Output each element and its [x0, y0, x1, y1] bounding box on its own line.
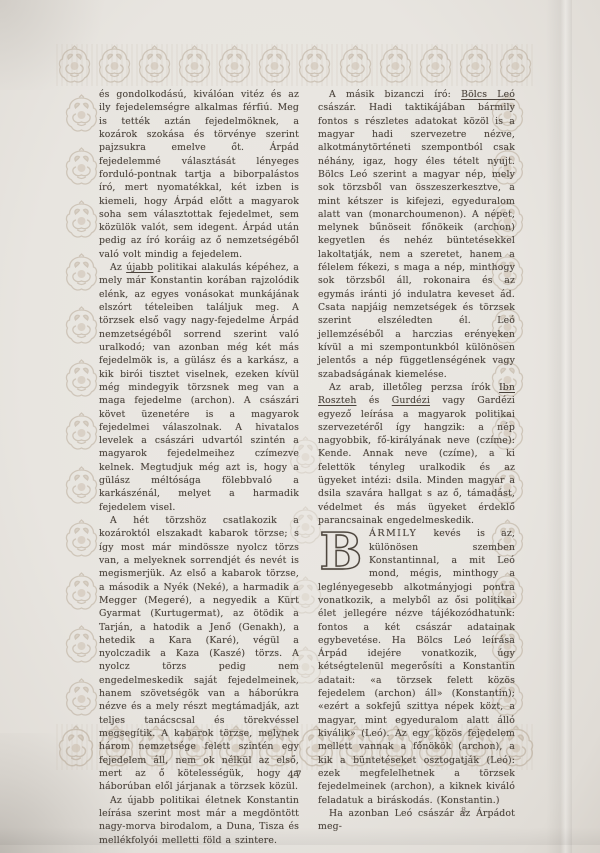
lead-word-caps: ÁRMILY [369, 528, 417, 539]
underlined-name: Bölcs Leó [461, 89, 515, 100]
text-run: A hét törzshöz csatlakozik a kozároktól … [99, 515, 299, 792]
ornament-motif [216, 45, 253, 85]
ornament-motif [256, 45, 293, 85]
ornament-motif [497, 45, 534, 85]
text-run: császár. Hadi taktikájában bármily fonto… [318, 102, 515, 379]
ornament-motif [63, 306, 100, 346]
text-run: Az arab, illetőleg perzsa írók [329, 382, 499, 393]
ornament-border-top [56, 44, 534, 86]
paragraph: Az arab, illetőleg perzsa írók Ibn Roszt… [318, 381, 515, 527]
drop-cap-initial: B [318, 529, 364, 576]
paragraph: Az újabb politikai alakulás képéhez, a m… [99, 261, 299, 514]
text-run: és [356, 395, 391, 406]
ornament-motif [63, 519, 100, 559]
ornament-motif [63, 572, 100, 612]
scanned-book-page: { "page": { "number": "47", "signature_m… [0, 0, 600, 853]
ornament-motif [63, 200, 100, 240]
ornament-motif [176, 45, 213, 85]
underlined-name: Gurdézi [392, 395, 430, 406]
ornament-motif [417, 45, 454, 85]
text-run: politikai alakulás képéhez, a mely már K… [99, 262, 299, 513]
page-number: 47 [56, 769, 534, 781]
page-edge-right [546, 0, 572, 853]
paragraph: A hét törzshöz csatlakozik a kozároktól … [99, 514, 299, 794]
underlined-name: újabb [126, 262, 153, 273]
ornament-motif [63, 412, 100, 452]
ornament-motif [136, 45, 173, 85]
ornament-motif [63, 253, 100, 293]
ornament-motif [63, 94, 100, 134]
svg-text:B: B [320, 529, 363, 576]
ornament-motif [377, 45, 414, 85]
scan-shadow-top-left [0, 0, 120, 90]
ornament-motif [296, 45, 333, 85]
text-run: Az [110, 262, 126, 273]
ornament-motif [63, 359, 100, 399]
text-run: Ha azonban Leó császár az Árpádot meg- [318, 808, 515, 832]
text-run: A másik bizanczi író: [329, 89, 461, 100]
text-run: és gondolkodású, kiválóan vitéz és az il… [99, 89, 299, 260]
ornament-motif [63, 147, 100, 187]
ornament-motif [63, 625, 100, 665]
ornament-motif [63, 466, 100, 506]
ornament-motif [457, 45, 494, 85]
text-run: Az újabb politikai életnek Konstantin le… [99, 795, 299, 846]
text-run: vagy Gardézi egyező leírása a magyarok p… [318, 395, 515, 526]
signature-mark: 8 [461, 806, 466, 815]
section-paragraph: B ÁRMILY kevés is az, különösen szemben … [318, 527, 515, 807]
text-column-right: A másik bizanczi író: Bölcs Leó császár.… [318, 88, 515, 834]
paragraph: Az újabb politikai életnek Konstantin le… [99, 794, 299, 847]
ornament-motif [63, 678, 100, 718]
ornament-border-left [58, 94, 104, 718]
ornament-motif [337, 45, 374, 85]
paragraph: Ha azonban Leó császár az Árpádot meg- [318, 807, 515, 834]
paragraph: és gondolkodású, kiválóan vitéz és az il… [99, 88, 299, 261]
text-column-left: és gondolkodású, kiválóan vitéz és az il… [99, 88, 299, 847]
paragraph: A másik bizanczi író: Bölcs Leó császár.… [318, 88, 515, 381]
